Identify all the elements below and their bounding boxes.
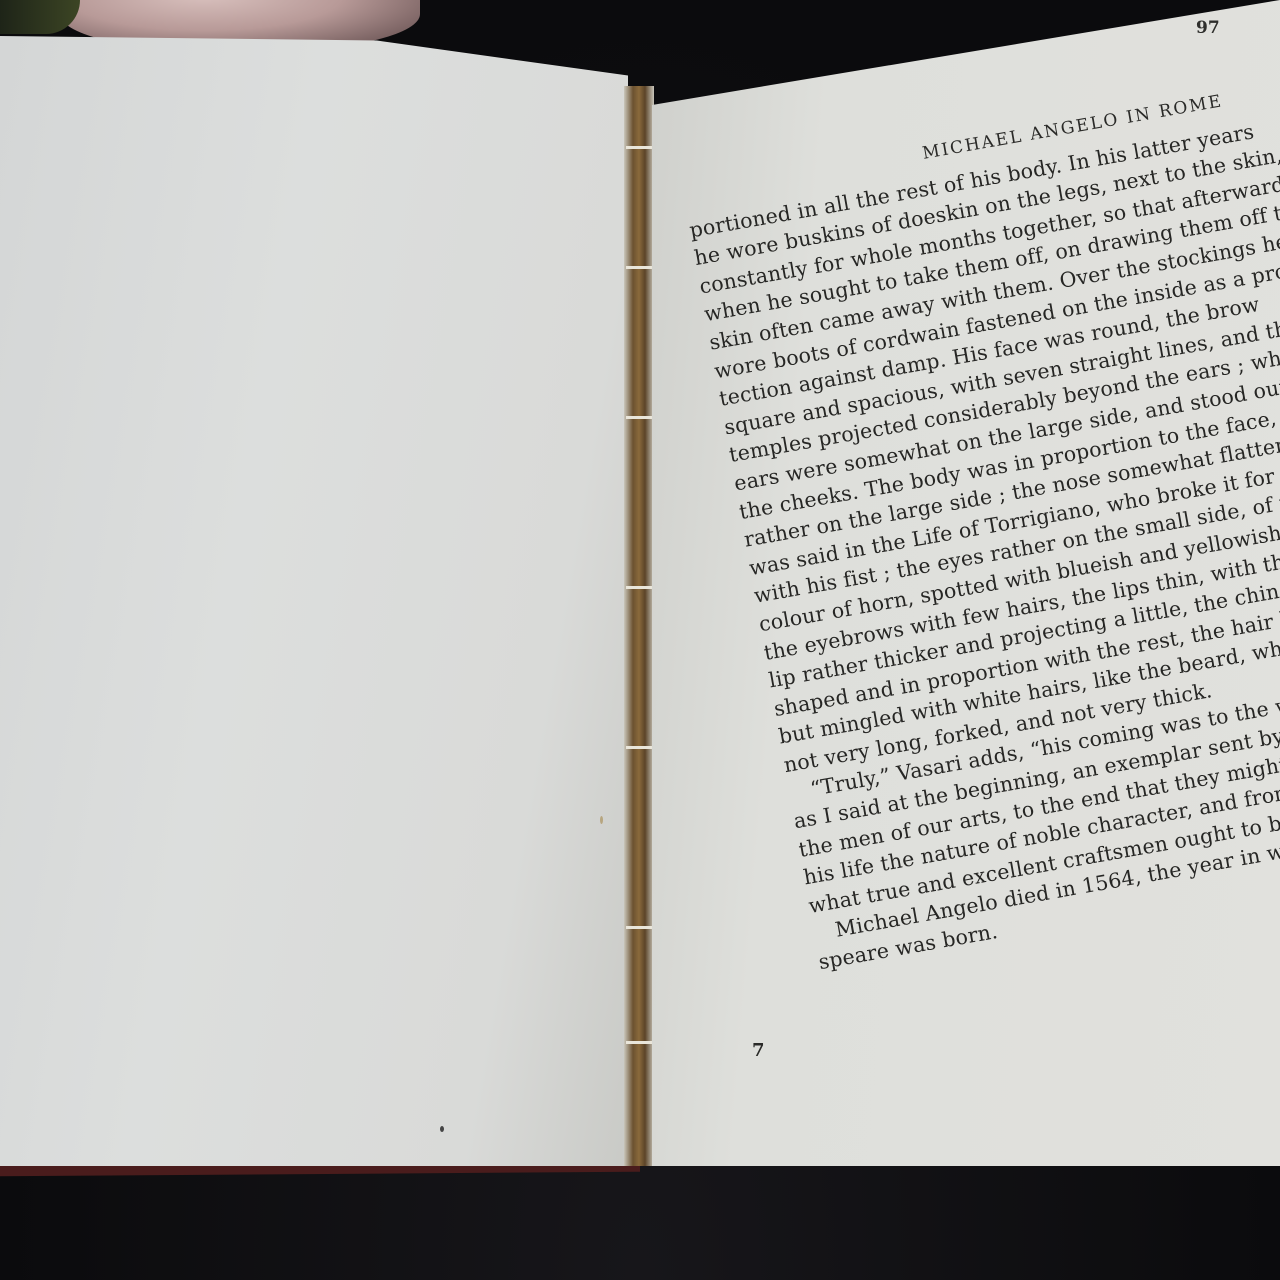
book-spine-binding <box>624 86 654 1166</box>
paper-speck <box>440 1126 444 1132</box>
spine-stitch <box>626 416 652 419</box>
page-number: 97 <box>1196 18 1220 38</box>
spine-stitch <box>626 1041 652 1044</box>
paper-speck <box>600 816 603 824</box>
spine-stitch <box>626 926 652 929</box>
spine-stitch <box>626 746 652 749</box>
signature-mark: 7 <box>752 1040 765 1061</box>
spine-stitch <box>626 586 652 589</box>
left-page-blank <box>0 36 628 1166</box>
spine-stitch <box>626 266 652 269</box>
spine-stitch <box>626 146 652 149</box>
